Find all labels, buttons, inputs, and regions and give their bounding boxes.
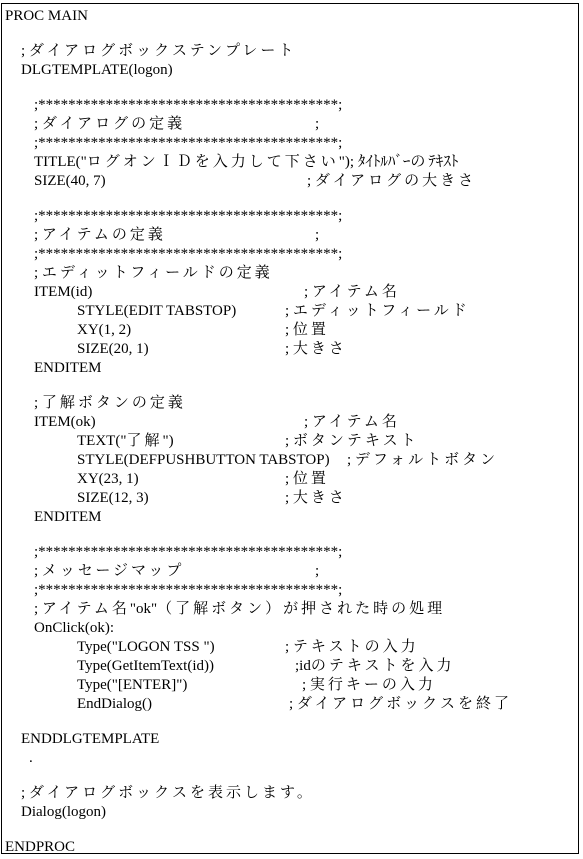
code-line-size-edit: SIZE(20, 1); 大きさ xyxy=(2,340,578,359)
blank-line xyxy=(2,378,578,394)
blank-line xyxy=(2,80,578,96)
code-line-separator: ;***************************************… xyxy=(2,207,578,226)
code-line-type-enter: Type("[ENTER]"); 実行キーの入力 xyxy=(2,676,578,695)
code-line-size-ok: SIZE(12, 3); 大きさ xyxy=(2,489,578,508)
code-text: STYLE(DEFPUSHBUTTON TABSTOP) xyxy=(77,451,330,470)
code-line-comment-editfield: ; エディットフィールドの定義 xyxy=(2,264,578,283)
code-text: Dialog(logon) xyxy=(21,803,106,822)
code-text: SIZE(20, 1) xyxy=(77,340,149,359)
code-text: ;***************************************… xyxy=(34,543,342,562)
code-text: OnClick(ok): xyxy=(34,619,114,638)
code-text: ENDITEM xyxy=(34,508,102,527)
code-text: ;***************************************… xyxy=(34,134,342,153)
code-line-enddialog: EndDialog(); ダイアログボックスを終了 xyxy=(2,695,578,714)
code-line-onclick: OnClick(ok): xyxy=(2,619,578,638)
comment-text: ; エディットフィールド xyxy=(285,302,470,321)
code-line-separator: ;***************************************… xyxy=(2,543,578,562)
comment-text: ; 大きさ xyxy=(285,340,347,359)
code-text: Type(GetItemText(id)) xyxy=(77,657,214,676)
comment-text: ; ダイアログボックスを終了 xyxy=(289,695,512,714)
comment-text: ; テキストの入力 xyxy=(285,638,419,657)
code-line-comment-show-dialog: ; ダイアログボックスを表示します。 xyxy=(2,784,578,803)
comment-text: ; 位置 xyxy=(285,470,329,489)
code-text: XY(23, 1) xyxy=(77,470,139,489)
code-text: TITLE("ログオンＩＤを入力して下さい"); ﾀｲﾄﾙﾊﾞｰのﾃｷｽﾄ xyxy=(34,153,458,172)
code-line-message-map-header: ; メッセージマップ; xyxy=(2,562,578,581)
code-line-title: TITLE("ログオンＩＤを入力して下さい"); ﾀｲﾄﾙﾊﾞｰのﾃｷｽﾄ xyxy=(2,153,578,172)
code-line-separator: ;***************************************… xyxy=(2,581,578,600)
code-text: ; アイテムの定義 xyxy=(34,226,166,245)
comment-text: ; ダイアログの大きさ xyxy=(307,172,476,191)
comment-text: ; 実行キーの入力 xyxy=(302,676,436,695)
code-text: TEXT("了解") xyxy=(77,432,174,451)
comment-text: ; アイテム名 xyxy=(304,413,400,432)
code-text: SIZE(12, 3) xyxy=(77,489,149,508)
blank-line xyxy=(2,527,578,543)
code-text: ;***************************************… xyxy=(34,96,342,115)
blank-line xyxy=(2,26,578,42)
code-line-style-edit: STYLE(EDIT TABSTOP); エディットフィールド xyxy=(2,302,578,321)
code-text: . xyxy=(29,749,33,768)
code-line-enddlgtemplate: ENDDLGTEMPLATE xyxy=(2,730,578,749)
code-line-endproc: ENDPROC xyxy=(2,838,578,857)
comment-text: ; xyxy=(315,562,319,581)
comment-text: ; 大きさ xyxy=(285,489,347,508)
code-line-xy-ok: XY(23, 1); 位置 xyxy=(2,470,578,489)
code-text: ENDDLGTEMPLATE xyxy=(21,730,159,749)
code-text: STYLE(EDIT TABSTOP) xyxy=(77,302,236,321)
code-text: ;***************************************… xyxy=(34,207,342,226)
code-text: ENDITEM xyxy=(34,359,102,378)
code-text: ;***************************************… xyxy=(34,245,342,264)
comment-text: ; 位置 xyxy=(285,321,329,340)
code-line-size-dialog: SIZE(40, 7); ダイアログの大きさ xyxy=(2,172,578,191)
comment-text: ; アイテム名 xyxy=(304,283,400,302)
code-text: ; ダイアログの定義 xyxy=(34,115,185,134)
code-line-xy-edit: XY(1, 2); 位置 xyxy=(2,321,578,340)
comment-text: ; ボタンテキスト xyxy=(285,432,419,451)
code-line-item-definition-header: ; アイテムの定義; xyxy=(2,226,578,245)
code-line-separator: ;***************************************… xyxy=(2,245,578,264)
blank-line xyxy=(2,768,578,784)
code-line-enditem: ENDITEM xyxy=(2,508,578,527)
comment-text: ; xyxy=(315,115,319,134)
code-line-type-logon: Type("LOGON TSS "); テキストの入力 xyxy=(2,638,578,657)
code-line-dialog-call: Dialog(logon) xyxy=(2,803,578,822)
code-text: XY(1, 2) xyxy=(77,321,131,340)
code-text: ; アイテム名"ok"（了解ボタン）が押された時の処理 xyxy=(34,600,445,619)
code-line-proc-main: PROC MAIN xyxy=(2,7,578,26)
code-line-stray-period: . xyxy=(2,749,578,768)
code-text: ITEM(ok) xyxy=(34,413,96,432)
code-line-comment-template: ; ダイアログボックステンプレート xyxy=(2,42,578,61)
blank-line xyxy=(2,822,578,838)
code-line-text-ok: TEXT("了解"); ボタンテキスト xyxy=(2,432,578,451)
code-line-type-getitemtext: Type(GetItemText(id));idのテキストを入力 xyxy=(2,657,578,676)
code-text: ; 了解ボタンの定義 xyxy=(34,394,186,413)
code-text: Type("[ENTER]") xyxy=(77,676,187,695)
comment-text: ; デフォルトボタン xyxy=(347,451,498,470)
code-line-item-ok: ITEM(ok); アイテム名 xyxy=(2,413,578,432)
code-text: ; ダイアログボックスを表示します。 xyxy=(21,784,315,803)
code-line-separator: ;***************************************… xyxy=(2,134,578,153)
code-line-dlgtemplate: DLGTEMPLATE(logon) xyxy=(2,61,578,80)
code-text: ENDPROC xyxy=(5,838,75,857)
code-text: ; エディットフィールドの定義 xyxy=(34,264,273,283)
code-text: DLGTEMPLATE(logon) xyxy=(21,61,173,80)
code-line-separator: ;***************************************… xyxy=(2,96,578,115)
code-line-comment-onclick: ; アイテム名"ok"（了解ボタン）が押された時の処理 xyxy=(2,600,578,619)
blank-line xyxy=(2,714,578,730)
code-line-style-defpushbutton: STYLE(DEFPUSHBUTTON TABSTOP); デフォルトボタン xyxy=(2,451,578,470)
code-line-item-id: ITEM(id); アイテム名 xyxy=(2,283,578,302)
code-text: ITEM(id) xyxy=(34,283,92,302)
code-text: SIZE(40, 7) xyxy=(34,172,106,191)
code-line-dialog-definition-header: ; ダイアログの定義; xyxy=(2,115,578,134)
code-line-enditem: ENDITEM xyxy=(2,359,578,378)
comment-text: ; xyxy=(315,226,319,245)
comment-text: ;idのテキストを入力 xyxy=(295,657,455,676)
code-text: Type("LOGON TSS ") xyxy=(77,638,215,657)
code-text: PROC MAIN xyxy=(5,7,88,26)
blank-line xyxy=(2,191,578,207)
code-text: ;***************************************… xyxy=(34,581,342,600)
code-text: ; メッセージマップ xyxy=(34,562,184,581)
code-listing: PROC MAIN ; ダイアログボックステンプレート DLGTEMPLATE(… xyxy=(2,7,578,857)
code-text: EndDialog() xyxy=(77,695,152,714)
code-text: ; ダイアログボックステンプレート xyxy=(21,42,296,61)
code-line-comment-ok-button: ; 了解ボタンの定義 xyxy=(2,394,578,413)
listing-frame: PROC MAIN ; ダイアログボックステンプレート DLGTEMPLATE(… xyxy=(1,3,579,854)
